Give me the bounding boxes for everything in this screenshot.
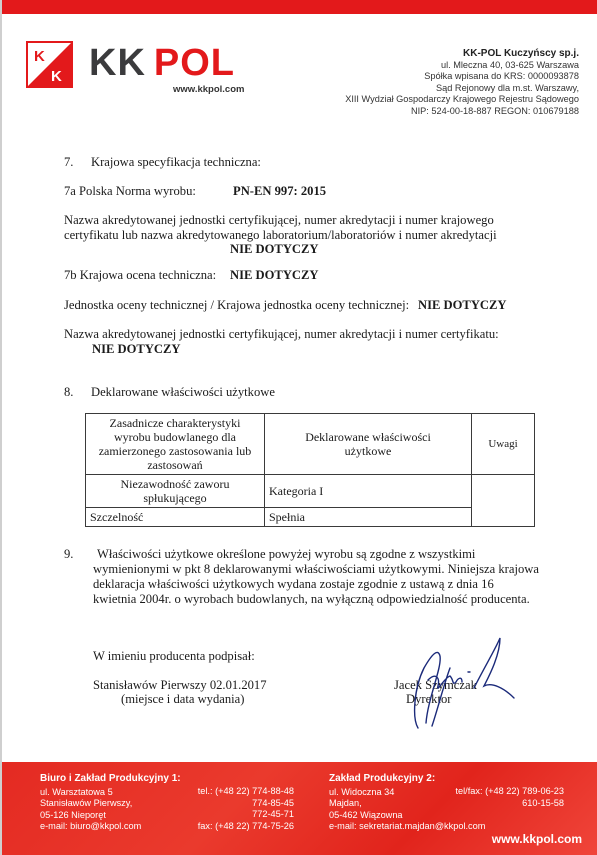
office-2-tel-2: 610-15-58: [455, 798, 564, 810]
section-7-title: Krajowa specyfikacja techniczna:: [91, 155, 261, 170]
header-characteristics: Zasadnicze charakterystyki wyrobu budowl…: [86, 414, 265, 475]
footer-band: Biuro i Zakład Produkcyjny 1: ul. Warszt…: [2, 762, 597, 855]
accredited-body-line-1: Nazwa akredytowanej jednostki certyfikuj…: [64, 213, 494, 228]
office-1-email: e-mail: biuro@kkpol.com: [40, 821, 181, 833]
section-9-line-1: Właściwości użytkowe określone powyżej w…: [97, 547, 475, 562]
header-declared-performance: Deklarowane właściwości użytkowe: [265, 414, 472, 475]
company-details: KK-POL Kuczyńscy sp.j. ul. Mleczna 40, 0…: [345, 48, 579, 117]
section-9-line-3: deklaracja właściwości użytkowych wydana…: [93, 577, 494, 592]
remarks-cell: [472, 475, 535, 527]
section-9-number: 9.: [64, 547, 73, 562]
row-characteristic: Szczelność: [86, 508, 265, 527]
office-2-phones: tel/fax: (+48 22) 789-06-23 610-15-58: [455, 786, 564, 809]
office-2-postcode: 05-462 Wiązowna: [329, 810, 485, 822]
office-1-tel-3: 772-45-71: [198, 809, 294, 821]
handwritten-signature-icon: [388, 628, 528, 738]
office-1-title: Biuro i Zakład Produkcyjny 1:: [40, 773, 181, 785]
row-value: Spełnia: [265, 508, 472, 527]
office-2-telfax: tel/fax: (+48 22) 789-06-23: [455, 786, 564, 798]
accredited-body-line-2: certyfikatu lub nazwa akredytowanego lab…: [64, 228, 497, 243]
row-characteristic: Niezawodność zaworu spłukującego: [86, 475, 265, 508]
cert-body-label: Nazwa akredytowanej jednostki certyfikuj…: [64, 327, 499, 342]
table-row: Niezawodność zaworu spłukującego Kategor…: [86, 475, 535, 508]
assessment-body-value: NIE DOTYCZY: [418, 298, 507, 313]
section-9-line-2: wymienionymi w pkt 8 deklarowanymi właśc…: [93, 562, 539, 577]
company-krs: Spółka wpisana do KRS: 0000093878: [345, 71, 579, 83]
section-8-number: 8.: [64, 385, 73, 400]
office-1-phones: tel.: (+48 22) 774-88-48 774-85-45 772-4…: [198, 786, 294, 832]
assessment-label: 7b Krajowa ocena techniczna:: [64, 268, 216, 283]
office-1-street: ul. Warsztatowa 5: [40, 787, 181, 799]
company-address: ul. Mleczna 40, 03-625 Warszawa: [345, 60, 579, 72]
section-8-title: Deklarowane właściwości użytkowe: [91, 385, 275, 400]
place-date: Stanisławów Pierwszy 02.01.2017: [93, 678, 267, 693]
svg-text:K: K: [34, 48, 45, 65]
svg-text:K: K: [51, 68, 62, 85]
office-1-postcode: 05-126 Nieporęt: [40, 810, 181, 822]
row-value: Kategoria I: [265, 475, 472, 508]
office-2-email: e-mail: sekretariat.majdan@kkpol.com: [329, 821, 485, 833]
kkpol-logo-icon: K K: [26, 41, 73, 88]
assessment-body-label: Jednostka oceny technicznej / Krajowa je…: [64, 298, 409, 313]
office-1-fax: fax: (+48 22) 774-75-26: [198, 821, 294, 833]
office-2-title: Zakład Produkcyjny 2:: [329, 773, 485, 785]
place-date-caption: (miejsce i data wydania): [121, 692, 244, 707]
office-1-tel-2: 774-85-45: [198, 798, 294, 810]
office-1-town: Stanisławów Pierwszy,: [40, 798, 181, 810]
cert-body-value: NIE DOTYCZY: [92, 342, 181, 357]
norm-label: 7a Polska Norma wyrobu:: [64, 184, 196, 199]
norm-value: PN-EN 997: 2015: [233, 184, 326, 199]
company-division: XIII Wydział Gospodarczy Krajowego Rejes…: [345, 94, 579, 106]
section-9-line-4: kwietnia 2004r. o wyrobach budowlanych, …: [93, 592, 530, 607]
assessment-value: NIE DOTYCZY: [230, 268, 319, 283]
table-row: Szczelność Spełnia: [86, 508, 535, 527]
signed-on-behalf: W imieniu producenta podpisał:: [93, 649, 255, 664]
performance-table: Zasadnicze charakterystyki wyrobu budowl…: [85, 413, 535, 527]
page-edge: [0, 0, 2, 855]
header-red-band: [2, 0, 597, 14]
header-remarks: Uwagi: [472, 414, 535, 475]
company-name: KK-POL Kuczyńscy sp.j.: [345, 48, 579, 60]
office-1: Biuro i Zakład Produkcyjny 1: ul. Warszt…: [40, 773, 181, 833]
section-7-number: 7.: [64, 155, 73, 170]
brand-logotype: KKPOL: [89, 43, 235, 83]
company-court: Sąd Rejonowy dla m.st. Warszawy,: [345, 83, 579, 95]
brand-pol: POL: [154, 42, 235, 84]
company-tax-ids: NIP: 524-00-18-887 REGON: 010679188: [345, 106, 579, 118]
accredited-body-value: NIE DOTYCZY: [230, 242, 319, 257]
footer-website: www.kkpol.com: [492, 834, 582, 846]
table-header-row: Zasadnicze charakterystyki wyrobu budowl…: [86, 414, 535, 475]
brand-kk: KK: [89, 42, 146, 84]
office-1-tel: tel.: (+48 22) 774-88-48: [198, 786, 294, 798]
header-website: www.kkpol.com: [173, 84, 244, 95]
